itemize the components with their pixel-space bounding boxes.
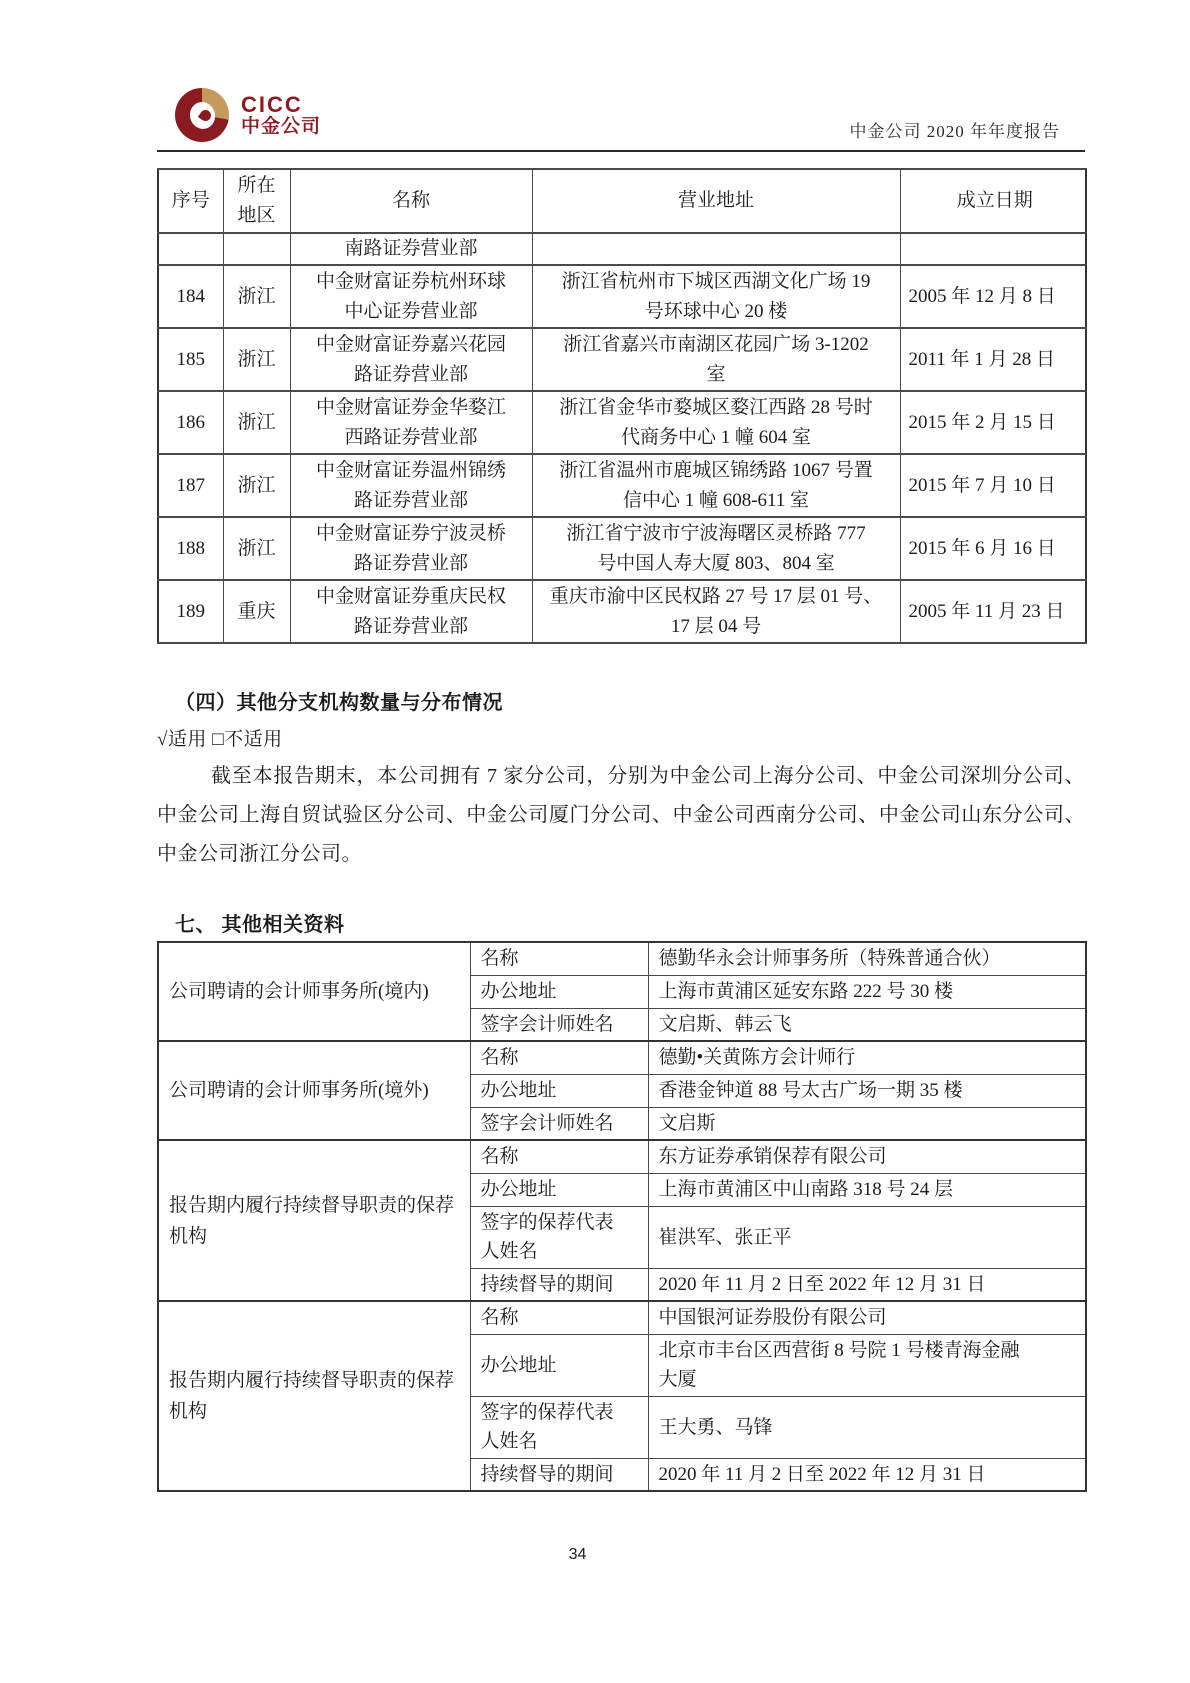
info-group-label: 公司聘请的会计师事务所(境内) [158,942,470,1041]
branch-region-cell: 浙江 [223,454,290,517]
branch-no-cell: 185 [158,328,223,391]
info-field-cell: 持续督导的期间 [470,1458,648,1491]
branch-paragraph: 截至本报告期末，本公司拥有 7 家分公司，分别为中金公司上海分公司、中金公司深圳… [157,757,1085,874]
info-value-cell: 中国银河证券股份有限公司 [648,1301,1086,1334]
branch-address-cell: 浙江省嘉兴市南湖区花园广场 3-1202 室 [532,328,900,391]
section-four-heading: （四）其他分支机构数量与分布情况 [175,686,503,715]
info-field-cell: 签字会计师姓名 [470,1107,648,1140]
branch-date-cell: 2015 年 6 月 16 日 [900,517,1086,580]
info-group-label: 报告期内履行持续督导职责的保荐机构 [158,1140,470,1301]
column-header: 名称 [290,169,532,233]
branch-date-cell: 2005 年 11 月 23 日 [900,580,1086,643]
info-field-cell: 签字会计师姓名 [470,1008,648,1041]
info-value-cell: 王大勇、马锋 [648,1396,1086,1458]
logo-text: CICC 中金公司 [241,93,321,136]
section-seven-heading: 七、 其他相关资料 [175,908,345,937]
branch-region-cell: 浙江 [223,517,290,580]
branch-date-cell: 2015 年 7 月 10 日 [900,454,1086,517]
branch-no-cell: 189 [158,580,223,643]
branch-address-cell: 浙江省金华市婺城区婺江西路 28 号时 代商务中心 1 幢 604 室 [532,391,900,454]
branch-name-cell: 南路证券营业部 [290,233,532,265]
info-table-body: 公司聘请的会计师事务所(境内)名称德勤华永会计师事务所（特殊普通合伙）办公地址上… [158,942,1086,1491]
info-value-cell: 上海市黄浦区中山南路 318 号 24 层 [648,1173,1086,1206]
branch-region-cell [223,233,290,265]
branch-address-cell: 浙江省宁波市宁波海曙区灵桥路 777 号中国人寿大厦 803、804 室 [532,517,900,580]
branch-no-cell: 186 [158,391,223,454]
branch-address-cell: 重庆市渝中区民权路 27 号 17 层 01 号、 17 层 04 号 [532,580,900,643]
branch-region-cell: 浙江 [223,265,290,328]
header-rule [157,150,1085,152]
info-table-row: 公司聘请的会计师事务所(境外)名称德勤•关黄陈方会计师行 [158,1041,1086,1074]
info-value-cell: 东方证券承销保荐有限公司 [648,1140,1086,1173]
info-value-cell: 文启斯、韩云飞 [648,1008,1086,1041]
branch-table-row: 189重庆中金财富证券重庆民权 路证券营业部重庆市渝中区民权路 27 号 17 … [158,580,1086,643]
info-value-cell: 北京市丰台区西营街 8 号院 1 号楼青海金融 大厦 [648,1334,1086,1396]
branch-table-row: 184浙江中金财富证券杭州环球 中心证券营业部浙江省杭州市下城区西湖文化广场 1… [158,265,1086,328]
info-value-cell: 德勤•关黄陈方会计师行 [648,1041,1086,1074]
branch-no-cell [158,233,223,265]
info-table-row: 公司聘请的会计师事务所(境内)名称德勤华永会计师事务所（特殊普通合伙） [158,942,1086,975]
branch-name-cell: 中金财富证券重庆民权 路证券营业部 [290,580,532,643]
info-value-cell: 上海市黄浦区延安东路 222 号 30 楼 [648,975,1086,1008]
applicability-line: √适用 □不适用 [157,724,283,751]
logo-text-zh: 中金公司 [241,117,321,137]
branch-region-cell: 浙江 [223,391,290,454]
related-info-table: 公司聘请的会计师事务所(境内)名称德勤华永会计师事务所（特殊普通合伙）办公地址上… [157,941,1087,1492]
branch-table-row: 187浙江中金财富证券温州锦绣 路证券营业部浙江省温州市鹿城区锦绣路 1067 … [158,454,1086,517]
logo-text-en: CICC [241,93,321,116]
branch-table-header-row: 序号所在 地区名称营业地址成立日期 [158,169,1086,233]
branch-no-cell: 184 [158,265,223,328]
branch-name-cell: 中金财富证券金华婺江 西路证券营业部 [290,391,532,454]
info-field-cell: 办公地址 [470,975,648,1008]
branch-no-cell: 187 [158,454,223,517]
info-field-cell: 办公地址 [470,1334,648,1396]
info-group-label: 报告期内履行持续督导职责的保荐机构 [158,1301,470,1491]
branch-address-cell [532,233,900,265]
info-table-row: 报告期内履行持续督导职责的保荐机构名称东方证券承销保荐有限公司 [158,1140,1086,1173]
info-field-cell: 签字的保荐代表 人姓名 [470,1396,648,1458]
branch-table-body: 序号所在 地区名称营业地址成立日期南路证券营业部184浙江中金财富证券杭州环球 … [158,169,1086,643]
branch-offices-table: 序号所在 地区名称营业地址成立日期南路证券营业部184浙江中金财富证券杭州环球 … [157,168,1087,644]
branch-region-cell: 重庆 [223,580,290,643]
branch-table-row: 185浙江中金财富证券嘉兴花园 路证券营业部浙江省嘉兴市南湖区花园广场 3-12… [158,328,1086,391]
branch-address-cell: 浙江省杭州市下城区西湖文化广场 19 号环球中心 20 楼 [532,265,900,328]
info-field-cell: 持续督导的期间 [470,1268,648,1301]
info-value-cell: 2020 年 11 月 2 日至 2022 年 12 月 31 日 [648,1268,1086,1301]
branch-table-row: 186浙江中金财富证券金华婺江 西路证券营业部浙江省金华市婺城区婺江西路 28 … [158,391,1086,454]
branch-date-cell [900,233,1086,265]
info-value-cell: 2020 年 11 月 2 日至 2022 年 12 月 31 日 [648,1458,1086,1491]
page-number: 34 [165,1546,990,1564]
report-page: CICC 中金公司 中金公司 2020 年年度报告 序号所在 地区名称营业地址成… [0,0,1190,1683]
column-header: 序号 [158,169,223,233]
info-group-label: 公司聘请的会计师事务所(境外) [158,1041,470,1140]
info-table-row: 报告期内履行持续督导职责的保荐机构名称中国银河证券股份有限公司 [158,1301,1086,1334]
column-header: 成立日期 [900,169,1086,233]
info-field-cell: 办公地址 [470,1074,648,1107]
brand-block: CICC 中金公司 [175,88,321,142]
report-title: 中金公司 2020 年年度报告 [850,117,1061,142]
info-value-cell: 香港金钟道 88 号太古广场一期 35 楼 [648,1074,1086,1107]
column-header: 营业地址 [532,169,900,233]
branch-no-cell: 188 [158,517,223,580]
branch-region-cell: 浙江 [223,328,290,391]
branch-date-cell: 2015 年 2 月 15 日 [900,391,1086,454]
column-header: 所在 地区 [223,169,290,233]
branch-name-cell: 中金财富证券温州锦绣 路证券营业部 [290,454,532,517]
branch-name-cell: 中金财富证券嘉兴花园 路证券营业部 [290,328,532,391]
info-field-cell: 名称 [470,942,648,975]
branch-date-cell: 2011 年 1 月 28 日 [900,328,1086,391]
cicc-logo-icon [175,88,229,142]
branch-table-row: 188浙江中金财富证券宁波灵桥 路证券营业部浙江省宁波市宁波海曙区灵桥路 777… [158,517,1086,580]
branch-date-cell: 2005 年 12 月 8 日 [900,265,1086,328]
info-value-cell: 文启斯 [648,1107,1086,1140]
branch-name-cell: 中金财富证券宁波灵桥 路证券营业部 [290,517,532,580]
branch-address-cell: 浙江省温州市鹿城区锦绣路 1067 号置 信中心 1 幢 608-611 室 [532,454,900,517]
info-field-cell: 签字的保荐代表 人姓名 [470,1206,648,1268]
info-field-cell: 办公地址 [470,1173,648,1206]
branch-name-cell: 中金财富证券杭州环球 中心证券营业部 [290,265,532,328]
info-value-cell: 德勤华永会计师事务所（特殊普通合伙） [648,942,1086,975]
branch-table-row: 南路证券营业部 [158,233,1086,265]
info-field-cell: 名称 [470,1140,648,1173]
info-value-cell: 崔洪军、张正平 [648,1206,1086,1268]
info-field-cell: 名称 [470,1301,648,1334]
info-field-cell: 名称 [470,1041,648,1074]
